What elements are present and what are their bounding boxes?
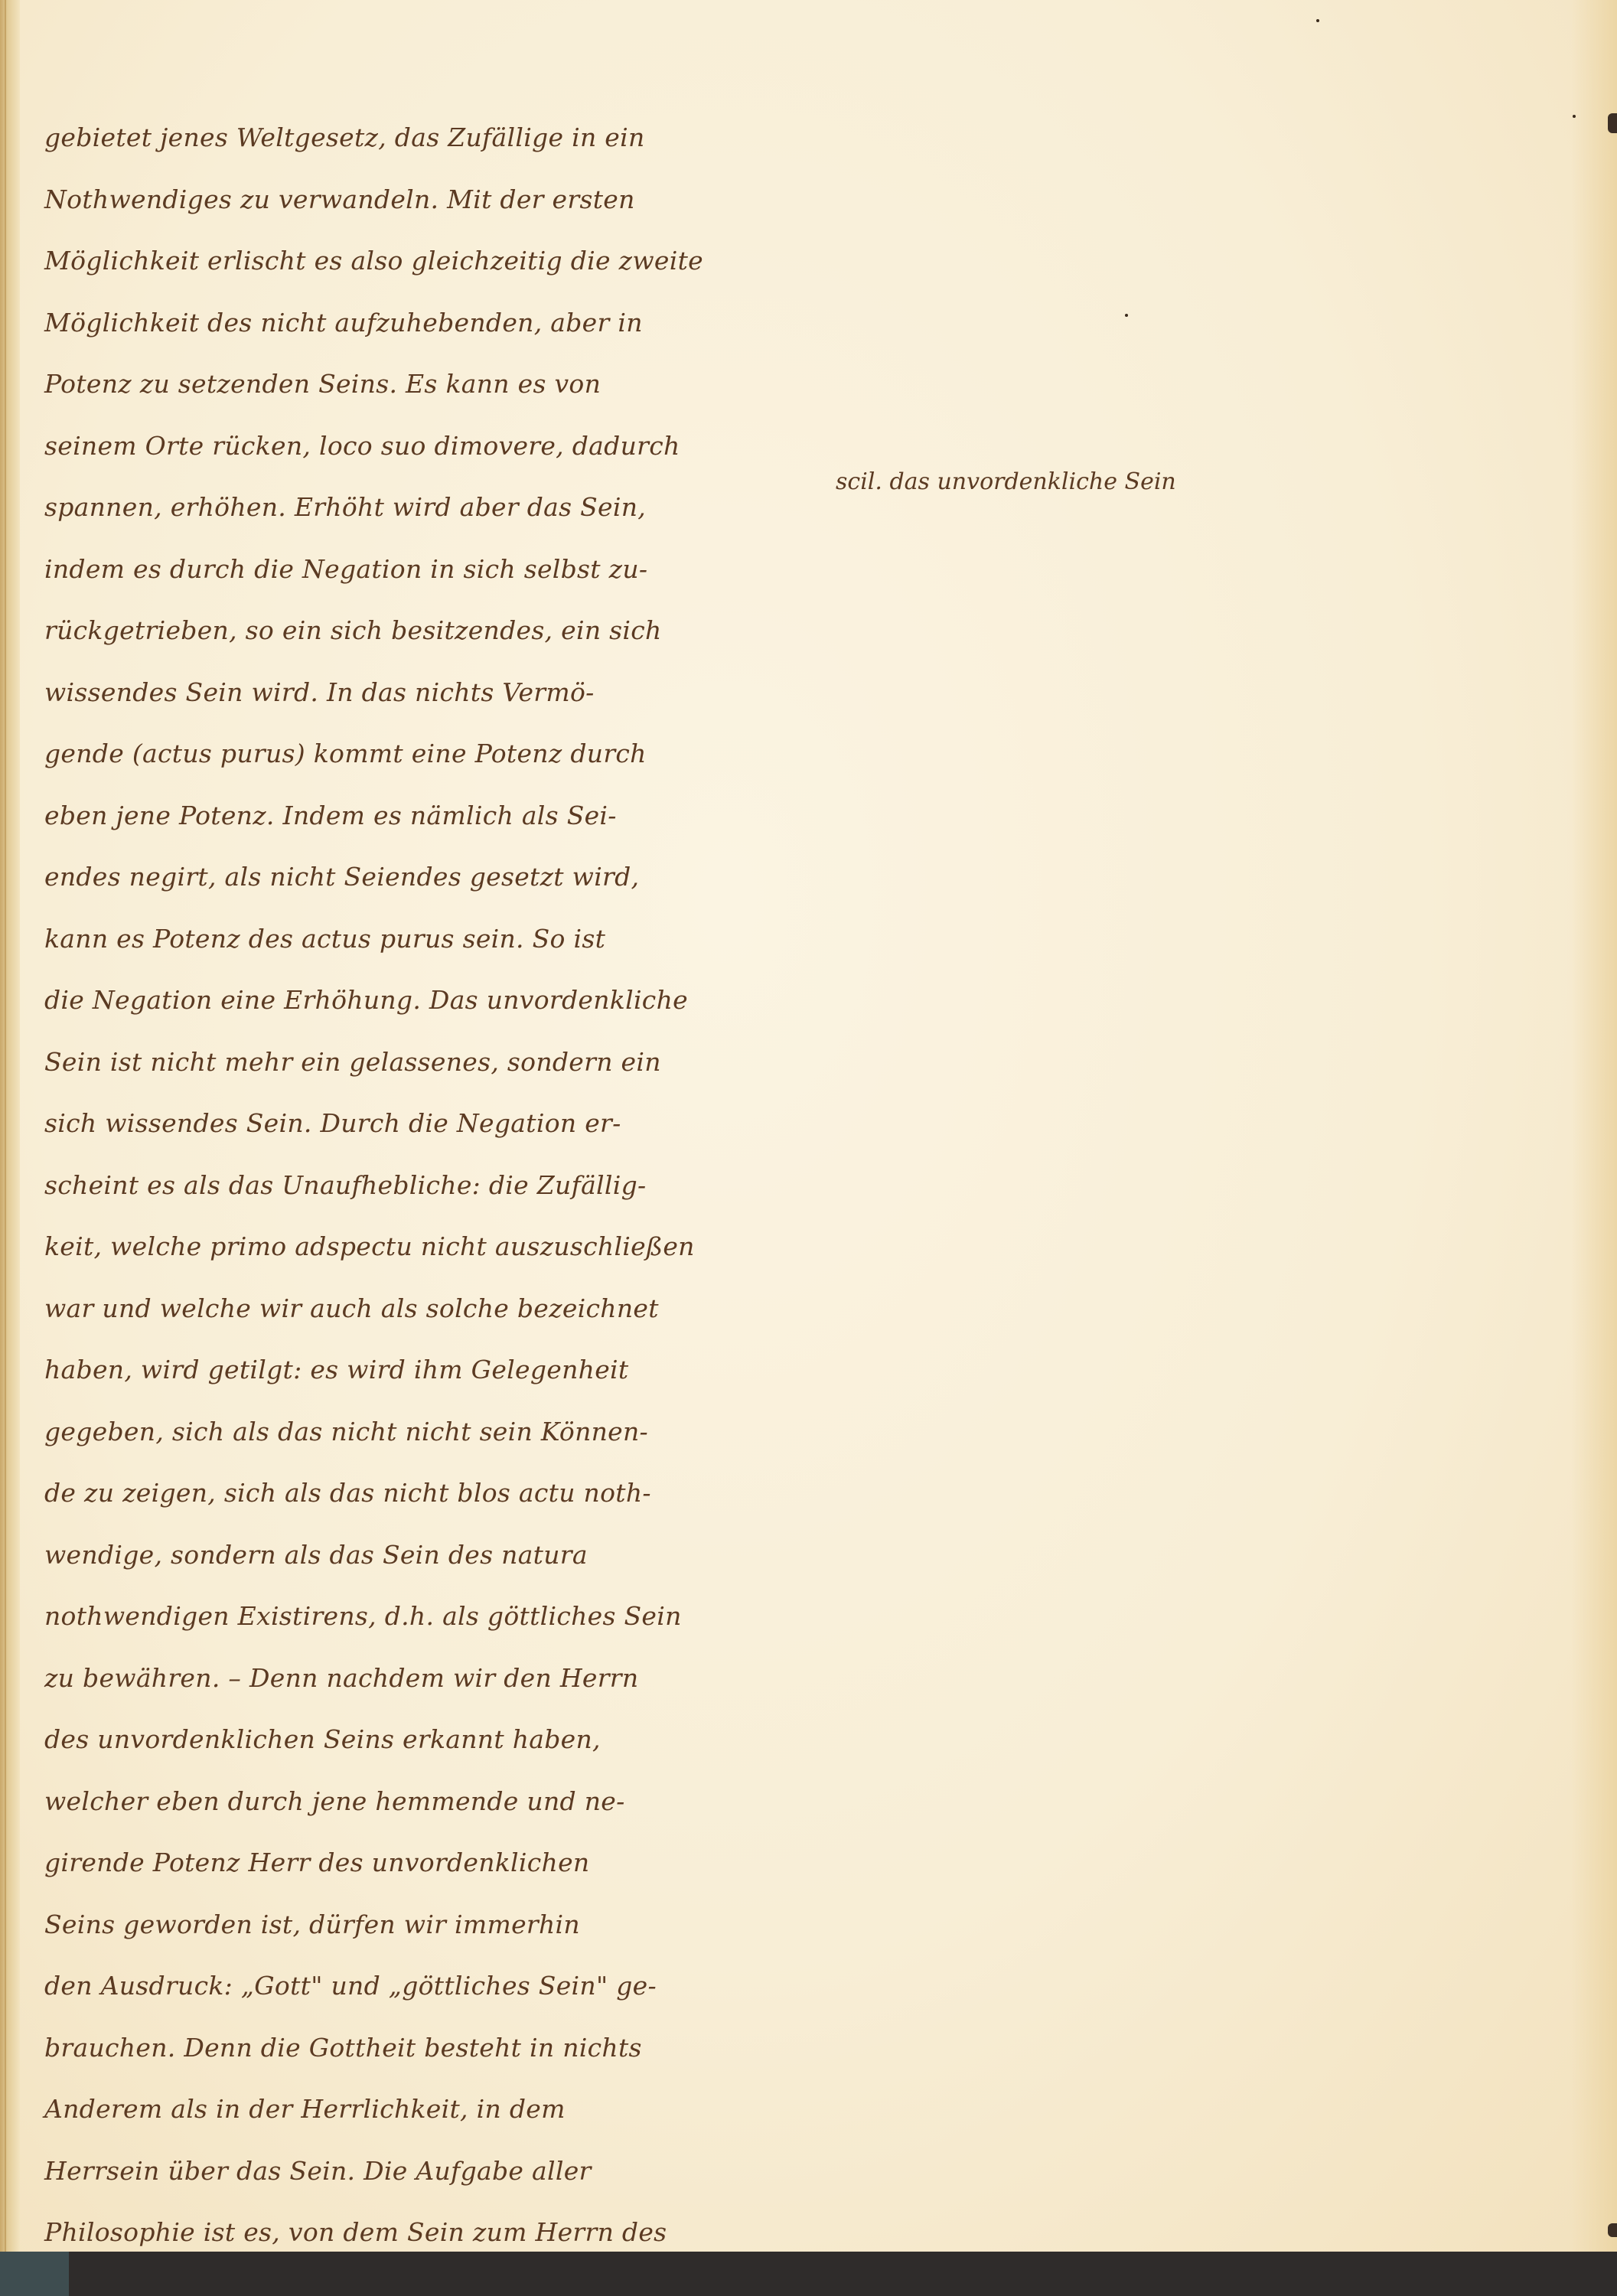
text-line: seinem Orte rücken, loco suo dimovere, d… bbox=[44, 416, 856, 478]
text-line: de zu zeigen, sich als das nicht blos ac… bbox=[44, 1463, 856, 1525]
text-line: die Negation eine Erhöhung. Das unvorden… bbox=[44, 970, 856, 1032]
text-line: keit, welche primo adspectu nicht auszus… bbox=[44, 1216, 856, 1278]
text-line: indem es durch die Negation in sich selb… bbox=[44, 539, 856, 601]
background-below-page bbox=[0, 2252, 1617, 2296]
text-line: Möglichkeit des nicht aufzuhebenden, abe… bbox=[44, 292, 856, 354]
text-line: gende (actus purus) kommt eine Potenz du… bbox=[44, 723, 856, 785]
text-line: welcher eben durch jene hemmende und ne- bbox=[44, 1771, 856, 1833]
ink-speck bbox=[1316, 19, 1319, 22]
margin-annotation: scil. das unvordenkliche Sein bbox=[836, 468, 1176, 495]
text-line: girende Potenz Herr des unvordenklichen bbox=[44, 1832, 856, 1894]
text-line: eben jene Potenz. Indem es nämlich als S… bbox=[44, 785, 856, 847]
text-line: Potenz zu setzenden Seins. Es kann es vo… bbox=[44, 354, 856, 416]
ink-speck bbox=[1125, 314, 1128, 317]
text-line: den Ausdruck: „Gott" und „göttliches Sei… bbox=[44, 1955, 856, 2017]
text-line: sich wissendes Sein. Durch die Negation … bbox=[44, 1093, 856, 1155]
text-line: des unvordenklichen Seins erkannt haben, bbox=[44, 1709, 856, 1771]
text-line: gebietet jenes Weltgesetz, das Zufällige… bbox=[44, 107, 856, 169]
text-line: rückgetrieben, so ein sich besitzendes, … bbox=[44, 600, 856, 662]
ink-speck bbox=[1573, 115, 1576, 118]
text-line: Sein ist nicht mehr ein gelassenes, sond… bbox=[44, 1032, 856, 1094]
text-line: haben, wird getilgt: es wird ihm Gelegen… bbox=[44, 1339, 856, 1401]
text-line: spannen, erhöhen. Erhöht wird aber das S… bbox=[44, 477, 856, 539]
text-line: Herrsein über das Sein. Die Aufgabe alle… bbox=[44, 2141, 856, 2203]
text-line: Seins geworden ist, dürfen wir immerhin bbox=[44, 1894, 856, 1956]
text-line: Anderem als in der Herrlichkeit, in dem bbox=[44, 2079, 856, 2141]
text-line: Möglichkeit erlischt es also gleichzeiti… bbox=[44, 230, 856, 292]
page-right-edge bbox=[1571, 0, 1617, 2254]
text-line: scheint es als das Unaufhebliche: die Zu… bbox=[44, 1155, 856, 1217]
text-line: endes negirt, als nicht Seiendes gesetzt… bbox=[44, 846, 856, 908]
manuscript-page: gebietet jenes Weltgesetz, das Zufällige… bbox=[0, 0, 1617, 2254]
page-edge-mark bbox=[1608, 2223, 1617, 2237]
text-line: zu bewähren. – Denn nachdem wir den Herr… bbox=[44, 1648, 856, 1710]
text-line: nothwendigen Existirens, d.h. als göttli… bbox=[44, 1586, 856, 1648]
text-line: Nothwendiges zu verwandeln. Mit der erst… bbox=[44, 169, 856, 231]
text-line: gegeben, sich als das nicht nicht sein K… bbox=[44, 1401, 856, 1463]
binding-edge bbox=[0, 0, 20, 2254]
text-line: war und welche wir auch als solche bezei… bbox=[44, 1278, 856, 1340]
page-edge-mark bbox=[1608, 113, 1617, 133]
text-line: wissendes Sein wird. In das nichts Vermö… bbox=[44, 662, 856, 724]
text-line: brauchen. Denn die Gottheit besteht in n… bbox=[44, 2017, 856, 2079]
main-text-block: gebietet jenes Weltgesetz, das Zufällige… bbox=[44, 107, 856, 2264]
text-line: wendige, sondern als das Sein des natura bbox=[44, 1525, 856, 1587]
text-line: kann es Potenz des actus purus sein. So … bbox=[44, 908, 856, 970]
